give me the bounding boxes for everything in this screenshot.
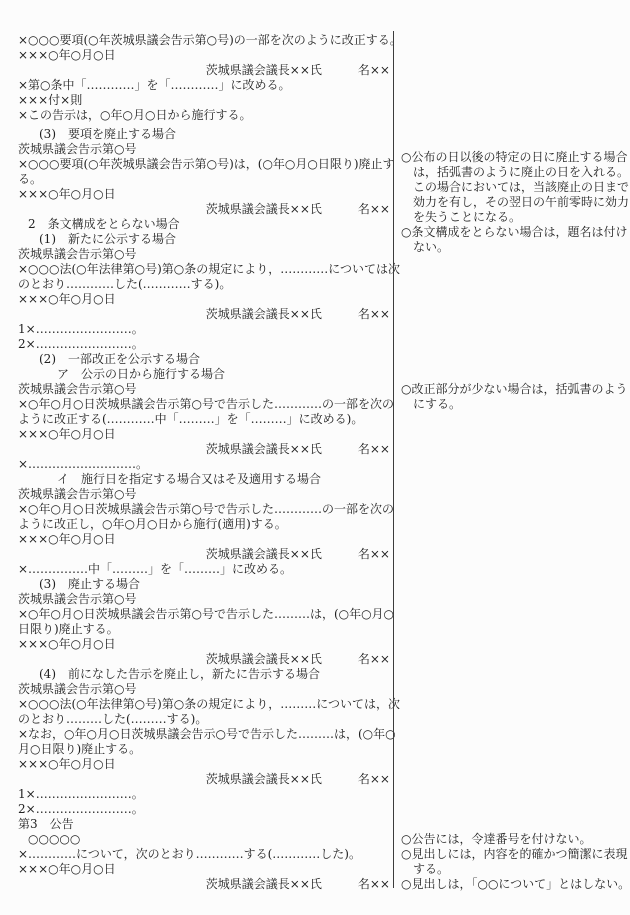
annotation-line-continuation: にする。 <box>401 397 628 412</box>
text-line: ×…………について，次のとおり…………する(…………した)。 <box>18 847 392 862</box>
text-line: ×○○○要項(○年茨城県議会告示第○号)の一部を次のように改正する。 <box>18 33 392 48</box>
text-line: 茨城県議会告示第○号 <box>18 592 392 607</box>
signature-line: 茨城県議会議長××氏 名×× <box>18 547 392 562</box>
annotation-line-continuation: 効力を有し，その翌日の午前零時に効力 <box>401 195 628 210</box>
notification-examples-column: ×○○○要項(○年茨城県議会告示第○号)の一部を次のように改正する。×××○年○… <box>18 33 392 892</box>
text-line: る。 <box>18 172 392 187</box>
section-heading-line: (1) 新たに公示する場合 <box>18 232 392 247</box>
text-line: ×○○○法(○年法律第○号)第○条の規定により，…………については次 <box>18 262 392 277</box>
text-line: 日限り)廃止する。 <box>18 622 392 637</box>
signature-line: 茨城県議会議長××氏 名×× <box>18 442 392 457</box>
text-line: ×××付×則 <box>18 93 392 108</box>
text-line: ×××○年○月○日 <box>18 532 392 547</box>
signature-line: 茨城県議会議長××氏 名×× <box>18 202 392 217</box>
signature-line: 茨城県議会議長××氏 名×× <box>18 772 392 787</box>
text-line: ×××○年○月○日 <box>18 292 392 307</box>
text-line: ように改正する(…………中「………」を「………」に改める)。 <box>18 412 392 427</box>
signature-line: 茨城県議会議長××氏 名×× <box>18 652 392 667</box>
annotation-line-continuation: ない。 <box>401 240 628 255</box>
section-heading-line: ○○○○○ <box>18 832 392 847</box>
annotation-line-continuation: する。 <box>401 862 628 877</box>
text-line: ×××○年○月○日 <box>18 862 392 877</box>
text-line: のとおり………した(………する)。 <box>18 712 392 727</box>
section-heading-line: (4) 前になした告示を廃止し，新たに告示する場合 <box>18 667 392 682</box>
text-line: ×××○年○月○日 <box>18 427 392 442</box>
annotation-line: ○公告には，令達番号を付けない。 <box>401 832 628 847</box>
annotation-line-continuation: この場合においては，当該廃止の日まで <box>401 180 628 195</box>
annotation-line: ○見出しには，内容を的確かつ簡潔に表現 <box>401 847 628 862</box>
text-line: 1×……………………。 <box>18 787 392 802</box>
text-line: 茨城県議会告示第○号 <box>18 682 392 697</box>
text-line: ×××○年○月○日 <box>18 637 392 652</box>
text-line: ×○年○月○日茨城県議会告示第○号で告示した………は，(○年○月○ <box>18 607 392 622</box>
signature-line: 茨城県議会議長××氏 名×× <box>18 307 392 322</box>
text-line: ように改正し，○年○月○日から施行(適用)する。 <box>18 517 392 532</box>
text-line: ×第○条中「…………」を「…………」に改める。 <box>18 78 392 93</box>
section-heading-line: (2) 一部改正を公示する場合 <box>18 352 392 367</box>
text-line: のとおり…………した(…………する)。 <box>18 277 392 292</box>
text-line: ×○○○法(○年法律第○号)第○条の規定により，………については，次 <box>18 697 392 712</box>
text-line: ×○年○月○日茨城県議会告示第○号で告示した…………の一部を次の <box>18 397 392 412</box>
text-line: 第3 公告 <box>18 817 392 832</box>
section-heading-line: (3) 廃止する場合 <box>18 577 392 592</box>
annotation-line-continuation: を失うことになる。 <box>401 210 628 225</box>
annotation-line-continuation: は，括弧書のように廃止の日を入れる。 <box>401 165 628 180</box>
signature-line: 茨城県議会議長××氏 名×× <box>18 877 392 892</box>
annotation-line: ○改正部分が少ない場合は，括弧書のよう <box>401 382 628 397</box>
text-line: ×この告示は，○年○月○日から施行する。 <box>18 108 392 123</box>
text-line: ×○年○月○日茨城県議会告示第○号で告示した…………の一部を次の <box>18 502 392 517</box>
text-line: ×××○年○月○日 <box>18 187 392 202</box>
text-line: 茨城県議会告示第○号 <box>18 247 392 262</box>
annotation-line: ○見出しは，「○○について」とはしない。 <box>401 877 628 892</box>
annotation-block: ○改正部分が少ない場合は，括弧書のようにする。 <box>401 382 628 412</box>
text-line: ×××○年○月○日 <box>18 757 392 772</box>
column-divider <box>393 31 394 888</box>
section-heading-line: ア 公示の日から施行する場合 <box>18 367 392 382</box>
annotation-column: ○公布の日以後の特定の日に廃止する場合は，括弧書のように廃止の日を入れる。この場… <box>401 0 628 915</box>
annotation-block: ○公告には，令達番号を付けない。○見出しには，内容を的確かつ簡潔に表現する。○見… <box>401 832 628 892</box>
text-line: 茨城県議会告示第○号 <box>18 142 392 157</box>
text-line: ×……………中「………」を「………」に改める。 <box>18 562 392 577</box>
signature-line: 茨城県議会議長××氏 名×× <box>18 63 392 78</box>
text-line: 2×……………………。 <box>18 802 392 817</box>
text-line: 1×……………………。 <box>18 322 392 337</box>
document-page: ×○○○要項(○年茨城県議会告示第○号)の一部を次のように改正する。×××○年○… <box>0 0 630 915</box>
section-heading-line: 2 条文構成をとらない場合 <box>18 217 392 232</box>
text-line: ×○○○要項(○年茨城県議会告示第○号)は，(○年○月○日限り)廃止す <box>18 157 392 172</box>
text-line: ×………………………。 <box>18 457 392 472</box>
text-line: 茨城県議会告示第○号 <box>18 382 392 397</box>
section-heading-line: イ 施行日を指定する場合又はそ及適用する場合 <box>18 472 392 487</box>
text-line: ×××○年○月○日 <box>18 48 392 63</box>
text-line: 茨城県議会告示第○号 <box>18 487 392 502</box>
section-heading-line: (3) 要項を廃止する場合 <box>18 127 392 142</box>
annotation-line: ○公布の日以後の特定の日に廃止する場合 <box>401 150 628 165</box>
annotation-line: ○条文構成をとらない場合は，題名は付け <box>401 225 628 240</box>
text-line: 月○日限り)廃止する。 <box>18 742 392 757</box>
text-line: 2×……………………。 <box>18 337 392 352</box>
annotation-block: ○公布の日以後の特定の日に廃止する場合は，括弧書のように廃止の日を入れる。この場… <box>401 150 628 255</box>
text-line: ×なお，○年○月○日茨城県議会告示○号で告示した………は，(○年○ <box>18 727 392 742</box>
